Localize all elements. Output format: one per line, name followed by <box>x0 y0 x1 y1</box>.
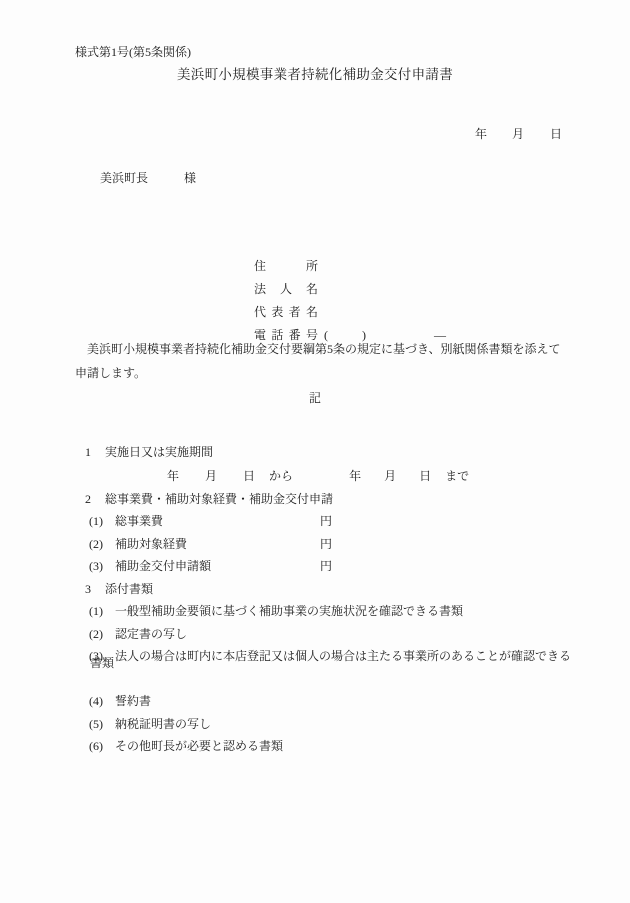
phone-dash: — <box>434 328 446 342</box>
month-label: 月 <box>512 127 524 141</box>
attachment-item-continuation: 書類 <box>90 655 114 671</box>
application-form-page: 様式第1号(第5条関係) 美浜町小規模事業者持続化補助金交付申請書 年月日 美浜… <box>0 0 630 903</box>
document-title: 美浜町小規模事業者持続化補助金交付申請書 <box>0 67 630 83</box>
body-paragraph-line2: 申請します。 <box>75 365 146 381</box>
date-line: 年月日 <box>463 110 562 158</box>
section1-number: 1 <box>85 444 105 460</box>
fee-item-unit: 円 <box>320 559 332 573</box>
phone-paren-close: ) <box>362 328 366 342</box>
record-mark: 記 <box>0 390 630 406</box>
period-to-year: 年 <box>349 469 361 483</box>
period-to-suffix: まで <box>445 469 469 483</box>
form-number: 様式第1号(第5条関係) <box>75 44 191 60</box>
day-label: 日 <box>550 127 562 141</box>
addressee-line: 美浜町長様 <box>88 154 196 202</box>
period-to-month: 月 <box>384 469 396 483</box>
attachment-item-label: 法人の場合は町内に本店登記又は個人の場合は主たる事業所のあることが確認できる <box>115 649 571 663</box>
phone-paren-open: ( <box>324 328 328 342</box>
attachment-item-row: (3)法人の場合は町内に本店登記又は個人の場合は主たる事業所のあることが確認でき… <box>77 632 571 680</box>
addressee-honorific: 様 <box>184 171 196 185</box>
attachment-item-label: その他町長が必要と認める書類 <box>115 739 283 753</box>
addressee-name: 美浜町長 <box>100 171 148 185</box>
body-paragraph-line1: 美浜町小規模事業者持続化補助金交付要綱第5条の規定に基づき、別紙関係書類を添えて <box>87 341 561 357</box>
attachment-item-number: (6) <box>89 738 115 754</box>
year-label: 年 <box>475 127 487 141</box>
attachment-item-row: (6)その他町長が必要と認める書類 <box>77 722 283 770</box>
period-to-day: 日 <box>419 469 431 483</box>
